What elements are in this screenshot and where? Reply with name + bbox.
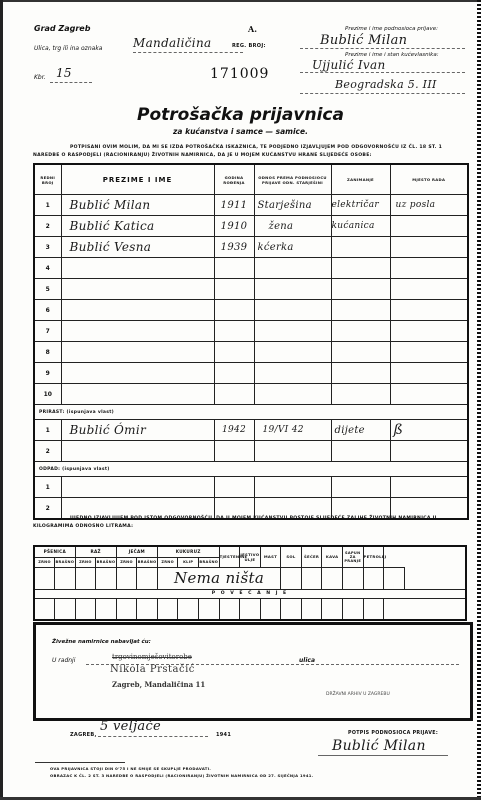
col-pasta: TJESTENINE (219, 546, 240, 567)
col-salt: SOL (281, 546, 302, 567)
table-row: 1Bublić Ómir194219/VI 42dijeteß (34, 420, 468, 441)
sub-grain: ZRNO (75, 557, 96, 567)
row-number: 2 (34, 441, 61, 462)
house-number-line (50, 82, 92, 83)
row-number: 8 (34, 342, 61, 363)
group-corn: KUKURUZ (157, 546, 219, 557)
shop-stamp-line-3: Zagreb, Mandaličina 11 (112, 680, 205, 689)
col-petroleum: PETROLEJ (363, 546, 384, 567)
person-workplace (390, 237, 468, 258)
table-row: 4 (34, 258, 468, 279)
odpad-section-row: ODPAD: (ispunjava vlast) (34, 462, 468, 477)
official-initial: ß (390, 420, 468, 441)
row-number: 6 (34, 300, 61, 321)
house-number-value: 15 (56, 66, 72, 80)
shop-box: Živežne namirnice nabavljat ću: U radnji… (33, 622, 473, 721)
row-number: 2 (34, 498, 61, 520)
in-shop-label: U radnji (52, 657, 75, 664)
sub-flour: BRAŠNO (137, 557, 158, 567)
place-label: ZAGREB, (70, 732, 97, 738)
person-birth-year: 1910 (214, 216, 254, 237)
date-line (98, 736, 208, 737)
sub-grain: ZRNO (157, 557, 178, 567)
person-relation: Starješina (254, 195, 331, 216)
applicant-line (300, 48, 465, 49)
shop-stamp-line-1: trgovinomješovitorobe (112, 653, 192, 661)
owner-address-line (300, 93, 465, 94)
shop-label: Živežne namirnice nabavljat ću: (52, 639, 151, 645)
group-wheat: PŠENICA (34, 546, 75, 557)
col-header-workplace: MJESTO RADA (390, 164, 468, 195)
odpad-label: ODPAD: (ispunjava vlast) (34, 462, 468, 477)
row-number: 1 (34, 477, 61, 498)
person-birth-year: 1939 (214, 237, 254, 258)
house-number-label: Kbr. (34, 74, 46, 81)
applicant-value: Bublić Milan (320, 33, 407, 48)
row-number: 1 (34, 195, 61, 216)
row-number: 3 (34, 237, 61, 258)
scan-edge-top (0, 0, 481, 2)
owner-address: Beogradska 5. III (335, 78, 437, 91)
row-number: 2 (34, 216, 61, 237)
col-header-birth-year: GODINA ROĐENJA (214, 164, 254, 195)
street-label-shop: ulica (299, 657, 315, 664)
year-value: 1941 (216, 732, 231, 738)
sub-flour: BRAŠNO (55, 557, 76, 567)
table-row: 1 (34, 477, 468, 498)
sub-grain: ZRNO (116, 557, 137, 567)
person-relation: kćerka (254, 237, 331, 258)
applicant-signature: Bublić Milan (332, 738, 426, 754)
supplies-handwritten-note: Nema ništa (157, 567, 280, 589)
increase-row: P O V E Ć A N J E (34, 589, 466, 598)
person-workplace (390, 216, 468, 237)
sub-grain: ZRNO (34, 557, 55, 567)
applicant-label: Prezime i ime podnosioca prijave: (345, 26, 438, 32)
sub-flour: BRAŠNO (96, 557, 117, 567)
col-header-name: PREZIME I IME (61, 164, 214, 195)
date-value: 5 veljače (100, 719, 161, 734)
group-barley: JEČAM (116, 546, 157, 557)
table-row: 6 (34, 300, 468, 321)
col-coffee: KAVA (322, 546, 343, 567)
row-number: 9 (34, 363, 61, 384)
street-line (133, 52, 243, 53)
owner-name-line (300, 72, 465, 73)
row-number: 10 (34, 384, 61, 405)
person-name: Bublić Ómir (61, 420, 214, 441)
col-oil: JESTIVO ULJE (240, 546, 261, 567)
street-label: Ulica, trg ili ina oznaka (34, 45, 102, 52)
table-row: 9 (34, 363, 468, 384)
col-header-occupation: ZANIMANJE (331, 164, 390, 195)
footnote-rule (35, 762, 125, 763)
group-rye: RAŽ (75, 546, 116, 557)
supplies-intro-2: KILOGRAMIMA ODNOSNO LITRAMA: (33, 524, 133, 529)
reg-number-label: REG. BROJ: (232, 43, 266, 49)
supplies-intro-1: UJEDNO IZJAVLJUJEM POD ISTOM ODGOVORNOŠĆ… (70, 516, 437, 521)
sub-cob: KLIP (178, 557, 199, 567)
table-row: 1Bublić Milan1911Starješinaelektričaruz … (34, 195, 468, 216)
form-title: Potrošačka prijavnica (0, 105, 481, 125)
declaration-line-1: POTPISANI OVIM MOLIM, DA MI SE IZDA POTR… (70, 145, 442, 150)
form-subtitle: za kućanstva i samce — samice. (0, 127, 481, 136)
signature-label: POTPIS PODNOSIOCA PRIJAVE: (348, 731, 438, 736)
shop-street-line (316, 664, 459, 665)
person-birth-year: 1911 (214, 195, 254, 216)
prirast-label: PRIRAST: (ispunjava vlast) (34, 405, 468, 420)
col-header-relation: ODNOS PREMA PODNOSIOCU PRIJAVE ODN. STAR… (254, 164, 331, 195)
signature-line (318, 755, 448, 756)
supplies-values-row: Nema ništa (34, 567, 466, 589)
col-lard: MAST (260, 546, 281, 567)
person-name: Bublić Katica (61, 216, 214, 237)
table-row: 10 (34, 384, 468, 405)
series-letter: A. (248, 24, 257, 34)
supplies-table: PŠENICA RAŽ JEČAM KUKURUZ TJESTENINE JES… (33, 545, 467, 621)
table-row: 8 (34, 342, 468, 363)
person-relation: 19/VI 42 (254, 420, 331, 441)
row-number: 4 (34, 258, 61, 279)
increase-label: P O V E Ć A N J E (34, 589, 466, 598)
persons-table: REDNI BROJ PREZIME I IME GODINA ROĐENJA … (33, 163, 469, 520)
archive-stamp: DRŽAVNI ARHIV U ZAGREBU (326, 692, 390, 697)
row-number: 5 (34, 279, 61, 300)
street-value: Mandaličina (133, 36, 211, 50)
shop-stamp-line-2: Nikola Prstačić (110, 664, 195, 675)
city-heading: Grad Zagreb (34, 24, 90, 33)
footnote-regulation: OBRAZAC K ČL. 2 ST. 3 NAREDBE O RASPODJE… (50, 773, 314, 778)
person-relation: žena (254, 216, 331, 237)
table-row: 3Bublić Vesna1939kćerka (34, 237, 468, 258)
col-header-no: REDNI BROJ (34, 164, 61, 195)
table-row: 2 (34, 441, 468, 462)
person-birth-year: 1942 (214, 420, 254, 441)
prirast-section-row: PRIRAST: (ispunjava vlast) (34, 405, 468, 420)
table-row: 2Bublić Katica1910ženakućanica (34, 216, 468, 237)
owner-name: Ujjulić Ivan (312, 58, 386, 72)
person-name: Bublić Milan (61, 195, 214, 216)
increase-values-row (34, 598, 466, 620)
row-number: 7 (34, 321, 61, 342)
person-occupation (331, 237, 390, 258)
declaration-line-2: NAREDBE O RASPODJELI (RACIONIRANJU) ŽIVO… (33, 153, 372, 158)
col-soap: SAPUN ZA PRANJE (342, 546, 363, 567)
table-row: 7 (34, 321, 468, 342)
person-workplace: uz posla (390, 195, 468, 216)
reg-number: 171009 (210, 66, 269, 82)
row-number: 1 (34, 420, 61, 441)
supplies-group-header: PŠENICA RAŽ JEČAM KUKURUZ TJESTENINE JES… (34, 546, 466, 557)
col-sugar: ŠEĆER (301, 546, 322, 567)
persons-table-header: REDNI BROJ PREZIME I IME GODINA ROĐENJA … (34, 164, 468, 195)
footnote-price: OVA PRIJAVNICA STOJI DIN 0'75 I NE SMIJE… (50, 766, 211, 771)
table-row: 5 (34, 279, 468, 300)
person-name: Bublić Vesna (61, 237, 214, 258)
person-occupation: električar (331, 195, 390, 216)
person-occupation: dijete (331, 420, 390, 441)
person-occupation: kućanica (331, 216, 390, 237)
sub-flour: BRAŠNO (199, 557, 220, 567)
